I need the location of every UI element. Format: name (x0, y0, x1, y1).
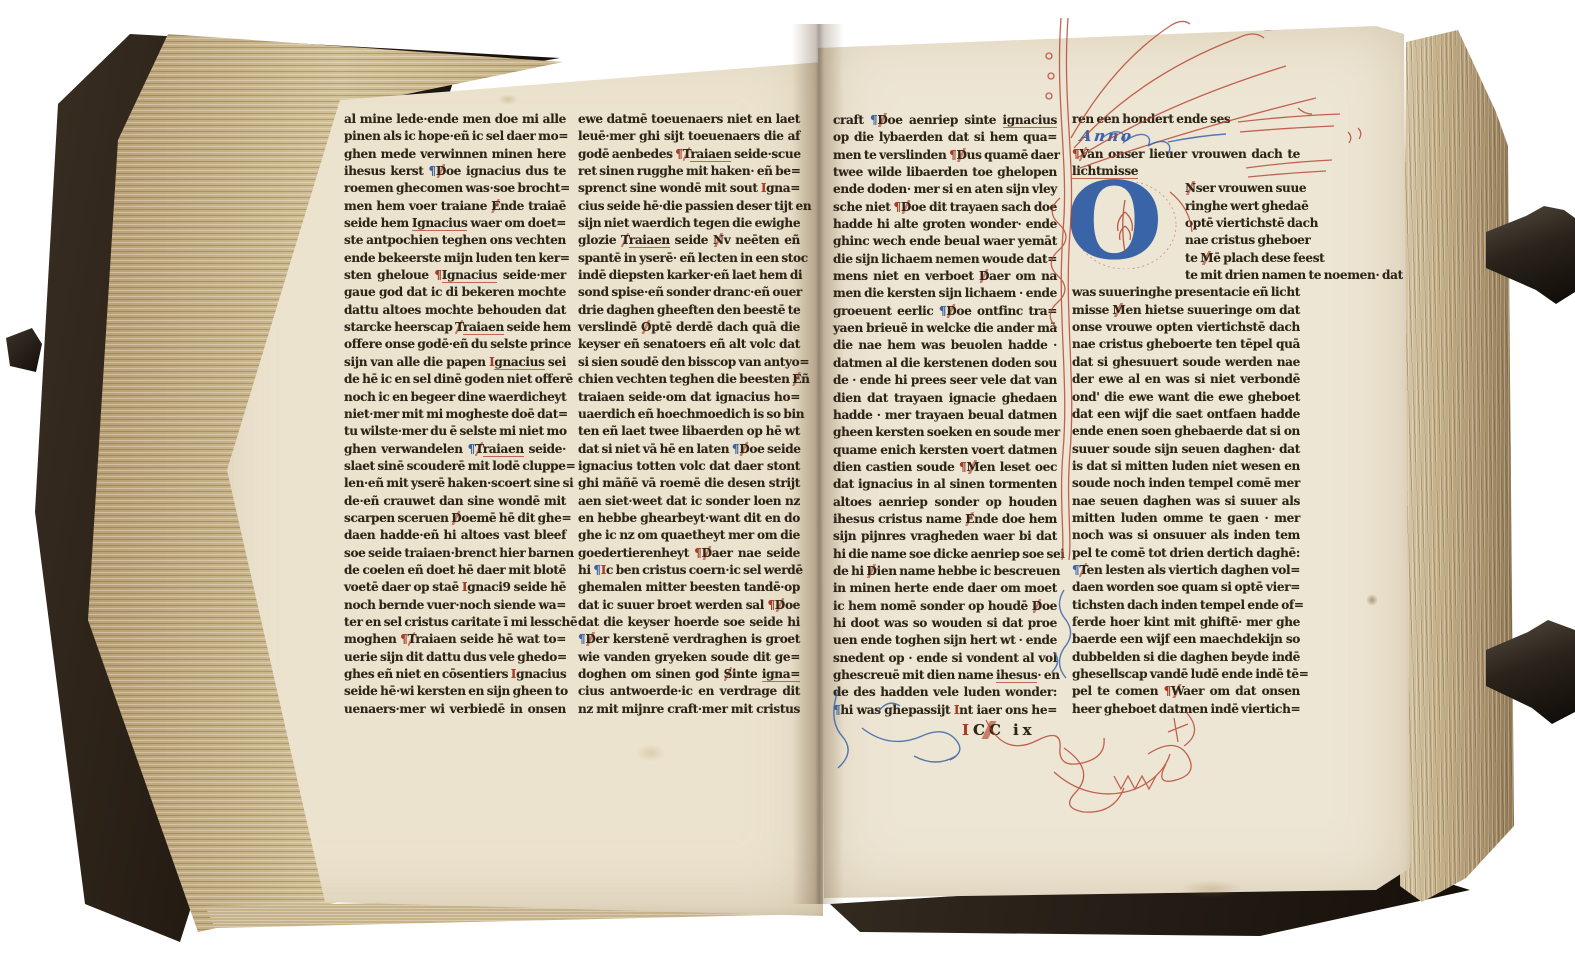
text-line: dattu altoes mochte behouden dat (344, 302, 566, 319)
text-line: ren een hondert ende ses (1072, 111, 1300, 128)
text-line: men te verslinden ¶Dus quamē daer (833, 147, 1057, 164)
text-line: sijn pijnres vragheden waer bi dat (833, 528, 1057, 545)
text-line: yaen brieuē in welcke die ander mā (833, 320, 1057, 337)
text-line: ghen mede verwinnen minen here (344, 146, 566, 163)
text-line: chien vechten teghen die beesten Eñ (578, 371, 800, 388)
drop-cap-initial: O (1072, 182, 1178, 269)
col4-top-line: ren een hondert ende ses (1072, 111, 1300, 128)
drop-cap-penwork-sprig (1072, 182, 1178, 269)
text-line: snedent op · ende si vondent al vol (833, 650, 1057, 667)
text-line: de des hadden vele luden wonder: (833, 684, 1057, 701)
text-line: sche niet ¶Doe dit trayaen sach doe (833, 199, 1057, 216)
text-line: hadde hi alte groten wonder· ende (833, 216, 1057, 233)
text-line: dien castien soude ¶Men leset oec (833, 459, 1057, 476)
text-line: drie daghen gheeften den beestē te (578, 302, 800, 319)
text-line: misse Men hietse suueringe om dat (1072, 302, 1300, 319)
text-line: heer gheboet datmen indē viertich= (1072, 701, 1300, 718)
text-line: sijn niet waerdich tegen die ewighe (578, 215, 800, 232)
text-line: al mine lede·ende men doe mi alle (344, 111, 566, 128)
text-line: niet·mer mit mi mogheste doē dat= (344, 406, 566, 423)
text-line: wie vanden gryeken soude dit ge= (578, 649, 800, 666)
text-line: de hē ic en sel dinē goden niet offerē (344, 371, 566, 388)
text-line: is dat si mitten luden niet wesen en (1072, 458, 1300, 475)
text-line: ond' die ewe want die ewe gheboet (1072, 389, 1300, 406)
colophon-year: ICC ix (962, 722, 1082, 739)
text-line: keyser eñ senatoers eñ alt volc dat (578, 336, 800, 353)
text-line: dat ignacius in al sinen tormenten (833, 476, 1057, 493)
stain (1366, 594, 1378, 606)
text-line: uen ende toghen sijn hert wt · ende (833, 632, 1057, 649)
text-line: dat die keyser hoerde soe seide hi (578, 614, 800, 631)
text-line: ignacius totten volc dat daer stont (578, 458, 800, 475)
text-line: sprenct sine wondē mit sout Igna= (578, 180, 800, 197)
text-line: noch was si onsuuer als inden tem (1072, 527, 1300, 544)
text-line: sten gheloue ¶Ignacius seide·mer (344, 267, 566, 284)
text-line: gheen kersten soeken en soude mer (833, 424, 1057, 441)
text-line: ste antpochien teghen ons vechten (344, 232, 566, 249)
text-line: ter en sel cristus caritate ī mi lesschē (344, 614, 566, 631)
text-line: ghescreuē mit dien name ihesus· en (833, 667, 1057, 684)
text-line: altoes aenriep sonder op houden (833, 494, 1057, 511)
column-col4: ren een hondert ende ses Anno ¶Van onser… (1072, 111, 1300, 718)
text-line: tu wilste·mer du ē selste mi niet mo (344, 423, 566, 440)
anno-flourish-text: Anno (1071, 128, 1301, 145)
text-line: noch bernde vuer·noch siende wa= (344, 597, 566, 614)
text-line: ret sinen rugghe mit haken· eñ be= (578, 163, 800, 180)
text-line: ghinc wech ende beual waer yemāt (833, 233, 1057, 250)
text-line: ghemalen mitter beesten tandē·op (578, 579, 800, 596)
text-line: noch ic en begeer dine waerdicheyt (344, 389, 566, 406)
text-line: men hem voer traiane Ende traiaē (344, 198, 566, 215)
text-line: cius antwoerde·ic en verdrage dit (578, 683, 800, 700)
text-line: sond spise·eñ sonder dranc·eñ ouer (578, 284, 800, 301)
text-line: aen siet·weet dat ic sonder loen nz (578, 493, 800, 510)
text-line: si sien soudē den bisscop van antyo= (578, 354, 800, 371)
text-line: ghe ic nz om quaetheyt mer om die (578, 527, 800, 544)
stain (498, 94, 518, 105)
text-line: baerde een wijf een maechdekijn so (1072, 631, 1300, 648)
text-line: ICC ix (962, 722, 1082, 739)
text-line: ten eñ laet twee libaerden op hē wt (578, 423, 800, 440)
text-line: nae seuen daghen was si suuer als (1072, 493, 1300, 510)
text-line: datmen al die kerstenen doden sou (833, 355, 1057, 372)
text-line: ewe datmē toeuenaers niet en laet (578, 111, 800, 128)
text-line: dien dat trayaen ignacie ghedaen (833, 390, 1057, 407)
metal-clasp-remnant-left (6, 328, 42, 372)
col4-body-lines: te mit drien namen te noemen· datwas suu… (1072, 267, 1300, 718)
text-line: ¶Ten lesten als viertich daghen vol= (1072, 562, 1300, 579)
text-line: ghes eñ niet en cōsentiers Ignacius (344, 666, 566, 683)
text-line: hadde · mer trayaen beual datmen (833, 407, 1057, 424)
text-line: seide hem Ignacius waer om doet= (344, 215, 566, 232)
text-line: leuē·mer ghi sijt toeuenaers die af (578, 128, 800, 145)
text-line: soude noch inden tempel comē mer (1072, 475, 1300, 492)
text-line: mitten luden omme te gaen · mer (1072, 510, 1300, 527)
text-line: nz mit mijnre craft·mer mit cristus (578, 701, 800, 718)
text-line: quame enich kersten voert datmen (833, 442, 1057, 459)
text-line: slaet sinē scouderē mit lodē cluppe= (344, 458, 566, 475)
text-line: de hi Dien name hebbe ic bescreuen (833, 563, 1057, 580)
text-line: hi die name soe dicke aenriep soe sei (833, 546, 1057, 563)
text-line: hi ¶Ic ben cristus coern·ic sel werdē (578, 562, 800, 579)
text-line: ¶Der kerstenē verdraghen is groet (578, 631, 800, 648)
text-line: dat si ghesuuert soude werden nae (1072, 354, 1300, 371)
text-line: dat ic suuer broet werden sal ¶Doe (578, 597, 800, 614)
text-line: pel te comen ¶Waer om dat onsen (1072, 683, 1300, 700)
text-line: groeuent eerlic ¶Doe ontfinc tra= (833, 303, 1057, 320)
text-line: onse vrouwe opten viertichstē dach (1072, 319, 1300, 336)
text-line: de · ende hi prees seer vele dat van (833, 372, 1057, 389)
text-line: die sijn lichaem nemen woude dat= (833, 251, 1057, 268)
text-line: en hebbe ghearbeyt·want dit en do (578, 510, 800, 527)
text-line: starcke heerscap Traiaen seide hem (344, 319, 566, 336)
text-line: ihesus kerst ¶Doe ignacius dus te (344, 163, 566, 180)
text-line: die nae hem was beuolen hadde · (833, 337, 1057, 354)
text-line: doghen om sinen god Sinte igna= (578, 666, 800, 683)
text-line: ferde hoer kint mit ghiftē· mer ghe (1072, 614, 1300, 631)
text-line: indē diepsten karker·eñ laet hem di (578, 267, 800, 284)
text-line: de·eñ crauwet dan sine wondē mit (344, 493, 566, 510)
text-line: daen hadde·eñ hi altoes vast bleef (344, 527, 566, 544)
text-line: der ewe al en was si niet verbondē (1072, 371, 1300, 388)
stain (636, 744, 666, 762)
text-line: sijn van alle die papen Ignacius sei (344, 354, 566, 371)
text-line: cius seide hē·die passien deser tijt en (578, 198, 800, 215)
text-line: glozie Traiaen seide Nv neēten eñ (578, 232, 800, 249)
text-line: op die lybaerden dat si hem qua= (833, 129, 1057, 146)
text-line: suuer soude sijn seuen daghen· dat (1072, 441, 1300, 458)
text-line: seide hē·wi kersten en sijn gheen to (344, 683, 566, 700)
text-line: ende enen soen ghebaerde dat si on (1072, 423, 1300, 440)
text-line: ghi māñē vā roemē die desen strijt (578, 475, 800, 492)
text-line: men die kersten sijn lichaem · ende (833, 285, 1057, 302)
text-line: mens niet en verboet Daer om na (833, 268, 1057, 285)
text-line: ¶hi was ghepassijt Int iaer ons he= (833, 702, 1057, 719)
column-col3: craft ¶Doe aenriep sinte ignaciusop die … (833, 112, 1057, 719)
text-line: gaue god dat ic di bekeren mochte (344, 284, 566, 301)
text-line: uenaers·mer wi verbiedē in onsen (344, 701, 566, 718)
text-line: pinen als ic hope·eñ ic sel daer mo= (344, 128, 566, 145)
text-line: ende doden· mer si en aten sijn vley (833, 181, 1057, 198)
text-line: roemen ghecomen was·soe brocht= (344, 180, 566, 197)
text-line: traiaen seide·om dat ignacius ho= (578, 389, 800, 406)
text-line: offere onse godē·eñ du selste prince (344, 336, 566, 353)
column-col1: al mine lede·ende men doe mi allepinen a… (344, 111, 566, 718)
text-line: in minen herte ende daer om moet (833, 580, 1057, 597)
text-line: hi doot was so wouden si dat proe (833, 615, 1057, 632)
column-col2: ewe datmē toeuenaers niet en laetleuē·me… (578, 111, 800, 718)
text-line: tichsten dach inden tempel ende of= (1072, 597, 1300, 614)
text-line: len·eñ mit yserē haken·scoert sine si (344, 475, 566, 492)
text-line: ende bekeerste mijn luden ten ker= (344, 250, 566, 267)
text-line: de coelen eñ doet hē daer mit blotē (344, 562, 566, 579)
text-line: uerie sijn dit dattu dus vele ghedo= (344, 649, 566, 666)
text-line: dat si niet vā hē en laten ¶Doe seide (578, 441, 800, 458)
text-line: ghesellscap vandē ludē ende indē tē= (1072, 666, 1300, 683)
text-line: voetē daer op staē Ignaci9 seide hē (344, 579, 566, 596)
text-line: ihesus cristus name Ende doe hem (833, 511, 1057, 528)
fore-edge-right (1396, 26, 1514, 914)
text-line: scarpen sceruen Doemē hē dit ghe= (344, 510, 566, 527)
text-line: was suueringhe presentacie eñ licht (1072, 284, 1300, 301)
text-line: uaerdich eñ hoechmoedich is so bin (578, 406, 800, 423)
text-line: daen worden soe quam si optē vier= (1072, 579, 1300, 596)
text-line: ic hem nomē sonder op houdē Doe (833, 598, 1057, 615)
text-line: goedertierenheyt ¶Daer nae seide (578, 545, 800, 562)
book-photo: { "palette":{ "background":"#ffffff","pa… (0, 0, 1575, 954)
text-line: craft ¶Doe aenriep sinte ignacius (833, 112, 1057, 129)
text-line: godē aenbedes ¶Traiaen seide·scue (578, 146, 800, 163)
text-line: pel te comē tot drien dertich daghē: (1072, 545, 1300, 562)
text-line: verslindē Optē derdē dach quā die (578, 319, 800, 336)
text-line: dat een wijf die saet ontfaen hadde (1072, 406, 1300, 423)
text-line: nae cristus gheboerte ten tēpel quā (1072, 336, 1300, 353)
text-line: spantē in yserē· eñ lecten in een stoc (578, 250, 800, 267)
text-line: ghen verwandelen ¶Traiaen seide· (344, 441, 566, 458)
stain (1180, 880, 1244, 898)
text-line: soe seide traiaen·brenct hier barnen (344, 545, 566, 562)
col4-flow: O Nser vrouwen suueringhe wert ghedaēopt… (1072, 180, 1300, 718)
text-line: moghen ¶Traiaen seide hē wat to= (344, 631, 566, 648)
text-line: twee wilde libaerden toe ghelopen (833, 164, 1057, 181)
text-line: dubbelden si die daghen beyde indē (1072, 649, 1300, 666)
